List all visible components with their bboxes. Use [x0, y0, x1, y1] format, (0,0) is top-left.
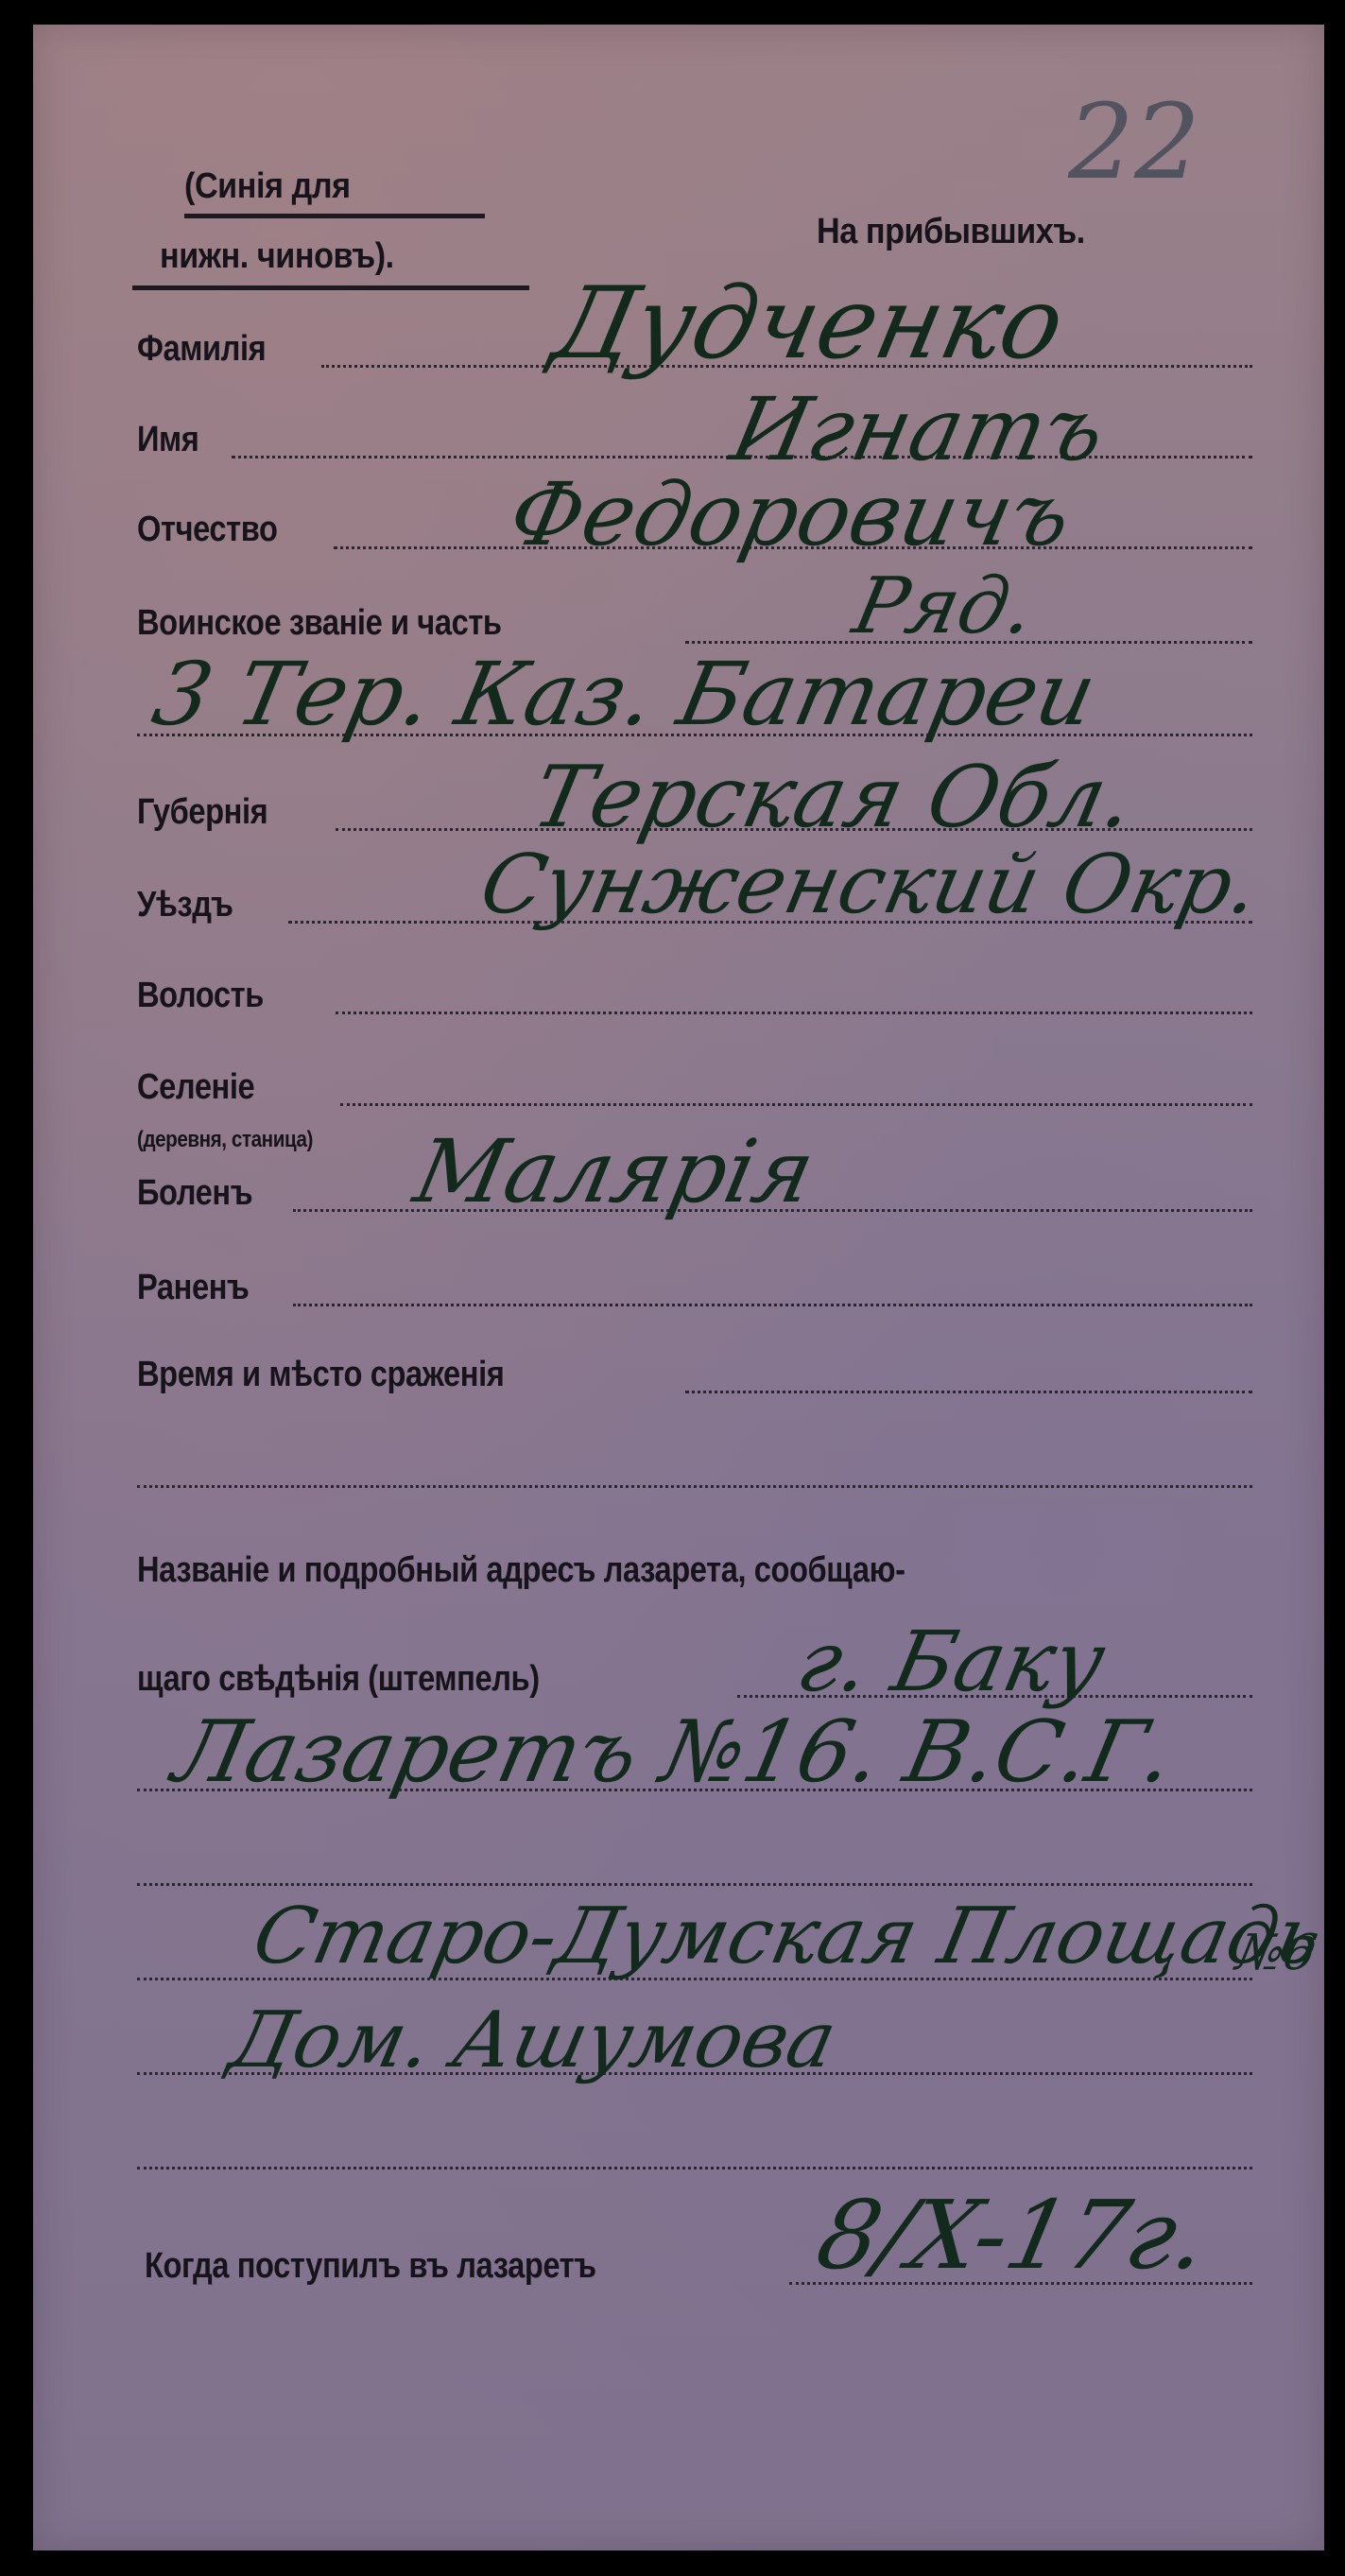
label-province: Губернія [137, 792, 267, 833]
value-hospital-house-number: №6 [1232, 1925, 1321, 1981]
line-battle [685, 1391, 1252, 1393]
label-district: Уѣздъ [137, 885, 233, 925]
label-hospital-line2: щаго свѣдѣнія (штемпель) [137, 1659, 540, 1700]
value-rank: Ряд. [846, 562, 1043, 651]
value-province: Терская Обл. [525, 748, 1143, 847]
header-right: На прибывшихъ. [817, 212, 1085, 252]
value-district: Сунженский Окр. [473, 838, 1267, 932]
line-hospital-6 [137, 2167, 1252, 2170]
value-unit: 3 Тер. Каз. Батареи [145, 644, 1105, 745]
label-wounded: Раненъ [137, 1268, 249, 1308]
line-wounded [293, 1304, 1252, 1306]
label-patronymic: Отчество [137, 510, 278, 550]
value-hospital-house: Дом. Ашумова [222, 1996, 844, 2085]
label-rank-unit: Воинское званіе и часть [137, 603, 502, 644]
value-patronymic: Федоровичъ [501, 464, 1080, 565]
label-battle: Время и мѣсто сраженія [137, 1355, 504, 1395]
value-hospital-city: г. Баку [789, 1613, 1113, 1710]
label-volost: Волость [137, 976, 264, 1016]
label-village: Селеніе [137, 1067, 254, 1108]
pencil-card-number: 22 [1068, 81, 1200, 202]
line-village [340, 1103, 1252, 1106]
value-admitted: 8/X-17г. [808, 2180, 1217, 2291]
line-volost [336, 1011, 1252, 1014]
label-surname: Фамилія [137, 329, 266, 370]
value-ill: Малярія [406, 1121, 823, 1222]
line-battle-2 [137, 1485, 1252, 1488]
header-left-line2: нижн. чиновъ). [160, 236, 394, 277]
label-first-name: Имя [137, 420, 198, 460]
label-hospital-line1: Названіе и подробный адресъ лазарета, со… [137, 1550, 905, 1591]
line-hospital-3 [137, 1883, 1252, 1886]
label-village-sub: (деревня, станица) [137, 1127, 313, 1153]
value-hospital-street: Старо-Думская Площадь [246, 1892, 1329, 1981]
label-admitted: Когда поступилъ въ лазаретъ [145, 2246, 596, 2287]
admission-card: 22 (Синія для нижн. чиновъ). На прибывши… [33, 25, 1324, 2550]
label-ill: Боленъ [137, 1173, 252, 1214]
value-surname: Дудченко [543, 266, 1074, 381]
header-underline-1 [184, 214, 485, 218]
value-hospital-name: Лазаретъ №16. В.С.Г. [165, 1703, 1182, 1802]
header-underline-2 [132, 285, 529, 290]
header-left-line1: (Синія для [184, 166, 351, 207]
